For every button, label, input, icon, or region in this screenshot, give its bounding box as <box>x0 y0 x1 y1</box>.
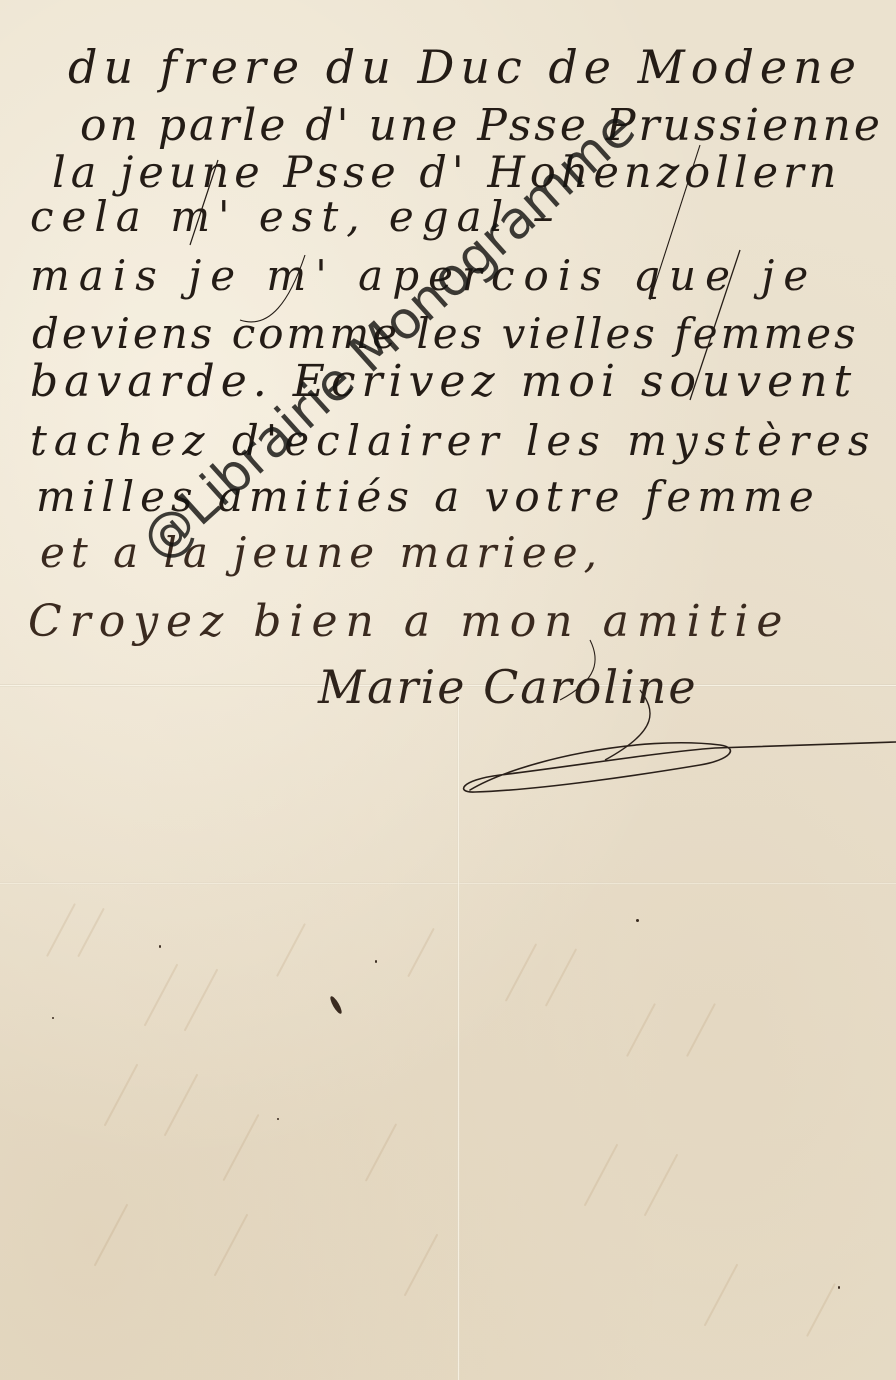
ink-blot <box>328 995 343 1015</box>
ink-speck <box>375 960 377 963</box>
ink-speck <box>159 945 161 948</box>
bleed-through-mark <box>404 1234 439 1297</box>
bleed-through-mark <box>584 1144 619 1207</box>
bleed-through-mark <box>184 969 219 1032</box>
bleed-through-mark <box>545 948 577 1006</box>
letter-page: du frere du Duc de Modene on parle d' un… <box>0 0 896 1380</box>
bleed-through-mark <box>407 928 435 978</box>
bleed-through-mark <box>94 1204 129 1267</box>
bleed-through-mark <box>164 1074 199 1137</box>
horizontal-fold-line-lower <box>0 882 896 885</box>
bleed-through-mark <box>505 943 537 1001</box>
bleed-through-mark <box>46 903 76 957</box>
letter-line-3: la jeune Psse d' Hohenzollern <box>52 152 841 195</box>
ink-speck <box>52 1017 54 1019</box>
vertical-fold-line <box>457 690 460 1380</box>
bleed-through-mark <box>806 1283 836 1337</box>
letter-line-1: du frere du Duc de Modene <box>68 44 862 90</box>
ink-speck <box>277 1118 279 1120</box>
ink-speck <box>636 919 639 922</box>
bleed-through-mark <box>223 1114 260 1181</box>
bleed-through-mark <box>214 1214 249 1277</box>
ink-speck <box>838 1286 840 1289</box>
bleed-through-mark <box>104 1064 139 1127</box>
bleed-through-mark <box>276 923 306 977</box>
bleed-through-mark <box>704 1264 739 1327</box>
bleed-through-mark <box>365 1123 397 1181</box>
letter-line-11: Croyez bien a mon amitie <box>28 600 790 644</box>
letter-line-10: et a la jeune mariee, <box>40 532 603 574</box>
letter-line-2: on parle d' une Psse Prussienne <box>80 104 883 148</box>
bleed-through-mark <box>144 964 179 1027</box>
letter-line-7: bavarde. Ecrivez moi souvent <box>30 360 857 404</box>
letter-line-8: tachez d'eclairer les mystères <box>30 420 876 462</box>
signature: Marie Caroline <box>318 664 698 710</box>
bleed-through-mark <box>626 1003 656 1057</box>
bleed-through-mark <box>644 1154 679 1217</box>
bleed-through-mark <box>686 1003 716 1057</box>
bleed-through-mark <box>77 908 105 958</box>
